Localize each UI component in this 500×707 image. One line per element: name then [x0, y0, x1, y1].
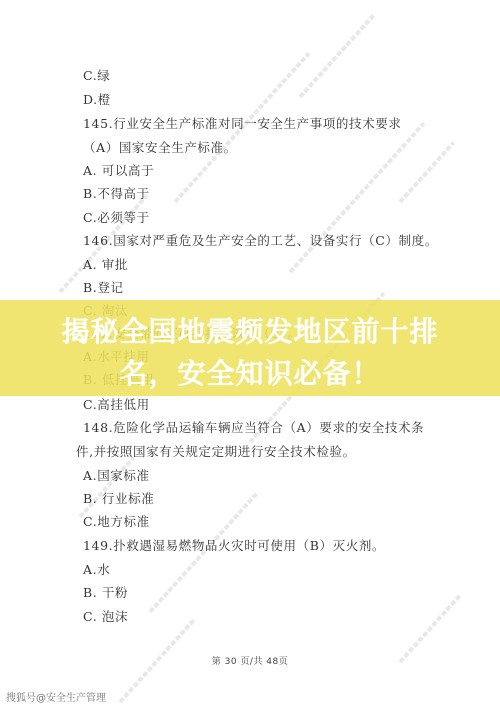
answer-option: D.橙 [83, 92, 111, 108]
diagonal-watermark [399, 594, 462, 664]
answer-option: B.不得高于 [83, 186, 150, 202]
headline-title: 揭秘全国地震频发地区前十排 名，安全知识必备！ [40, 311, 460, 395]
page-indicator: 第 30 页/共 48页 [0, 654, 500, 667]
question-text: 145.行业安全生产标准对同一安全生产事项的技术要求 [83, 116, 401, 132]
question-text: 149.扑救遇湿易燃物品火灾时可使用（B）灭火剂。 [83, 538, 385, 554]
answer-option: A.水 [83, 562, 110, 578]
headline-banner: 揭秘全国地震频发地区前十排 名，安全知识必备！ [0, 300, 500, 396]
headline-line-2: 名，安全知识必备！ [40, 353, 460, 395]
answer-option: B.登记 [83, 280, 124, 296]
answer-option: A.国家标准 [83, 468, 150, 484]
answer-option: B. 干粉 [83, 585, 128, 601]
question-text: 146.国家对严重危及生产安全的工艺、设备实行（C）制度。 [83, 233, 438, 249]
diagonal-watermark [399, 141, 456, 203]
document-page: C.绿D.橙145.行业安全生产标准对同一安全生产事项的技术要求（A）国家安全生… [0, 0, 500, 707]
source-watermark: 搜狐号@安全生产管理 [6, 689, 106, 704]
answer-option: C.必须等于 [83, 210, 150, 226]
answer-option: A. 审批 [83, 257, 128, 273]
diagonal-watermark [299, 14, 376, 98]
answer-option: C.地方标准 [83, 514, 150, 530]
question-text: 148.危险化学品运输车辆应当符合（A）要求的安全技术条 [83, 420, 424, 436]
question-text: （A）国家安全生产标准。 [83, 140, 237, 156]
answer-option: C.高挂低用 [83, 397, 150, 413]
answer-option: A. 可以高于 [83, 163, 154, 179]
answer-option: C.绿 [83, 68, 110, 84]
question-text-continuation: 件,并按照国家有关规定定期进行安全技术检验。 [76, 444, 356, 460]
diagonal-watermark [79, 456, 136, 518]
answer-option: B. 行业标准 [83, 491, 154, 507]
answer-option: C. 泡沫 [83, 609, 128, 625]
headline-line-1: 揭秘全国地震频发地区前十排 [40, 311, 460, 353]
